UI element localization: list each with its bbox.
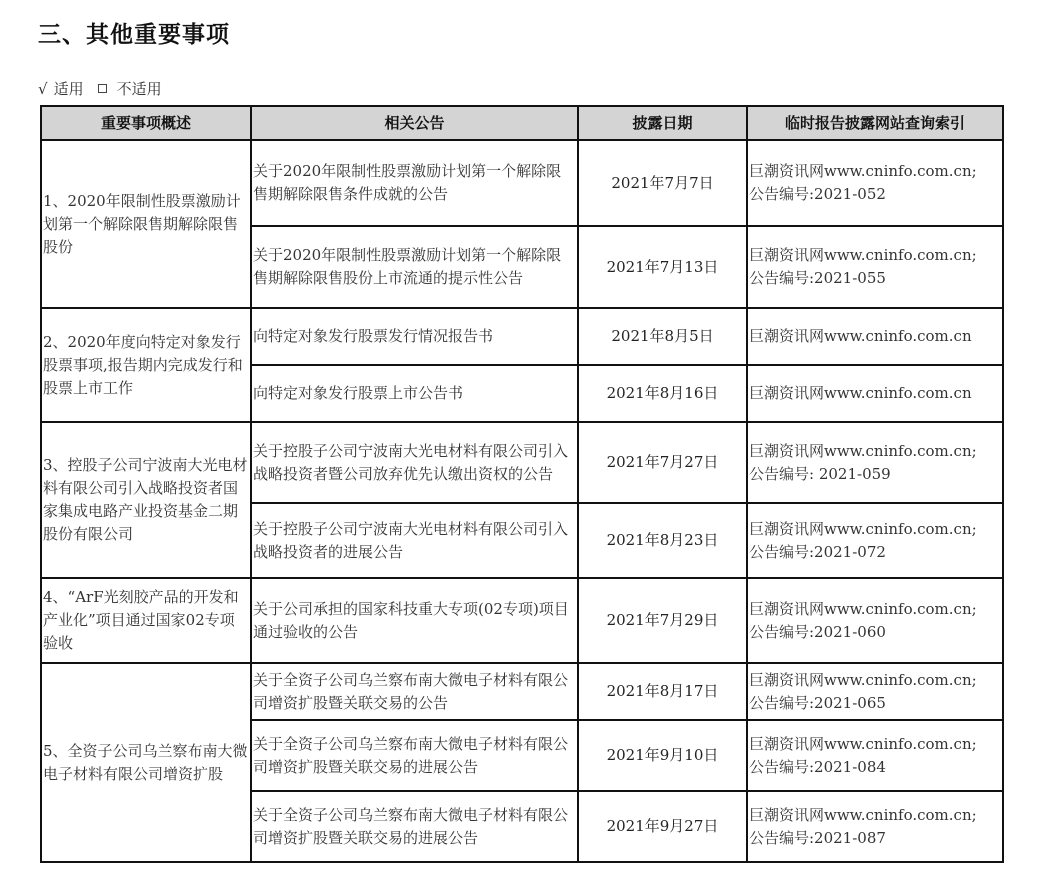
notice-title: 关于全资子公司乌兰察布南大微电子材料有限公司增资扩股暨关联交易的进展公告 [251, 720, 578, 791]
table-header-row: 重要事项概述 相关公告 披露日期 临时报告披露网站查询索引 [41, 106, 1003, 140]
matter-summary: 4、“ArF光刻胶产品的开发和产业化”项目通过国家02专项验收 [41, 578, 251, 663]
index-website: 巨潮资讯网www.cninfo.com.cn; [749, 244, 1001, 267]
checkmark-icon: √ [38, 80, 48, 98]
query-index: 巨潮资讯网www.cninfo.com.cn; 公告编号:2021-087 [747, 791, 1003, 862]
table-row: 1、2020年限制性股票激励计划第一个解除限售期解除限售股份 关于2020年限制… [41, 140, 1003, 226]
index-website: 巨潮资讯网www.cninfo.com.cn; [749, 598, 1001, 621]
notice-title: 关于公司承担的国家科技重大专项(02专项)项目通过验收的公告 [251, 578, 578, 663]
query-index: 巨潮资讯网www.cninfo.com.cn; 公告编号:2021-060 [747, 578, 1003, 663]
unchecked-box-icon [98, 84, 107, 93]
header-date: 披露日期 [578, 106, 747, 140]
table-row: 3、控股子公司宁波南大光电材料有限公司引入战略投资者国家集成电路产业投资基金二期… [41, 422, 1003, 503]
index-website: 巨潮资讯网www.cninfo.com.cn [749, 325, 1001, 348]
index-website: 巨潮资讯网www.cninfo.com.cn; [749, 733, 1001, 756]
table-row: 4、“ArF光刻胶产品的开发和产业化”项目通过国家02专项验收 关于公司承担的国… [41, 578, 1003, 663]
section-title: 三、其他重要事项 [38, 16, 230, 49]
query-index: 巨潮资讯网www.cninfo.com.cn; 公告编号:2021-065 [747, 663, 1003, 720]
matter-summary: 1、2020年限制性股票激励计划第一个解除限售期解除限售股份 [41, 140, 251, 308]
notice-title: 向特定对象发行股票上市公告书 [251, 365, 578, 422]
index-website: 巨潮资讯网www.cninfo.com.cn; [749, 669, 1001, 692]
disclosure-date: 2021年7月7日 [578, 140, 747, 226]
disclosure-date: 2021年7月13日 [578, 226, 747, 308]
header-summary: 重要事项概述 [41, 106, 251, 140]
notice-title: 向特定对象发行股票发行情况报告书 [251, 308, 578, 365]
disclosure-date: 2021年8月5日 [578, 308, 747, 365]
matter-summary: 3、控股子公司宁波南大光电材料有限公司引入战略投资者国家集成电路产业投资基金二期… [41, 422, 251, 578]
table-row: 5、全资子公司乌兰察布南大微电子材料有限公司增资扩股 关于全资子公司乌兰察布南大… [41, 663, 1003, 720]
query-index: 巨潮资讯网www.cninfo.com.cn [747, 365, 1003, 422]
header-notice: 相关公告 [251, 106, 578, 140]
index-notice-number: 公告编号: 2021-059 [749, 463, 1001, 486]
header-index: 临时报告披露网站查询索引 [747, 106, 1003, 140]
index-notice-number: 公告编号:2021-087 [749, 827, 1001, 850]
index-website: 巨潮资讯网www.cninfo.com.cn; [749, 804, 1001, 827]
index-notice-number: 公告编号:2021-052 [749, 183, 1001, 206]
notice-title: 关于全资子公司乌兰察布南大微电子材料有限公司增资扩股暨关联交易的公告 [251, 663, 578, 720]
disclosure-date: 2021年7月29日 [578, 578, 747, 663]
index-notice-number: 公告编号:2021-072 [749, 541, 1001, 564]
disclosure-date: 2021年9月10日 [578, 720, 747, 791]
index-website: 巨潮资讯网www.cninfo.com.cn; [749, 440, 1001, 463]
disclosure-date: 2021年8月16日 [578, 365, 747, 422]
index-website: 巨潮资讯网www.cninfo.com.cn; [749, 518, 1001, 541]
index-notice-number: 公告编号:2021-084 [749, 756, 1001, 779]
index-notice-number: 公告编号:2021-065 [749, 692, 1001, 715]
index-notice-number: 公告编号:2021-055 [749, 267, 1001, 290]
disclosure-date: 2021年9月27日 [578, 791, 747, 862]
notice-title: 关于控股子公司宁波南大光电材料有限公司引入战略投资者的进展公告 [251, 503, 578, 578]
disclosure-date: 2021年8月23日 [578, 503, 747, 578]
notice-title: 关于控股子公司宁波南大光电材料有限公司引入战略投资者暨公司放弃优先认缴出资权的公… [251, 422, 578, 503]
notice-title: 关于全资子公司乌兰察布南大微电子材料有限公司增资扩股暨关联交易的进展公告 [251, 791, 578, 862]
matter-summary: 5、全资子公司乌兰察布南大微电子材料有限公司增资扩股 [41, 663, 251, 862]
query-index: 巨潮资讯网www.cninfo.com.cn; 公告编号: 2021-059 [747, 422, 1003, 503]
disclosure-date: 2021年8月17日 [578, 663, 747, 720]
query-index: 巨潮资讯网www.cninfo.com.cn; 公告编号:2021-055 [747, 226, 1003, 308]
index-website: 巨潮资讯网www.cninfo.com.cn [749, 382, 1001, 405]
query-index: 巨潮资讯网www.cninfo.com.cn; 公告编号:2021-072 [747, 503, 1003, 578]
notice-title: 关于2020年限制性股票激励计划第一个解除限售期解除限售股份上市流通的提示性公告 [251, 226, 578, 308]
query-index: 巨潮资讯网www.cninfo.com.cn; 公告编号:2021-084 [747, 720, 1003, 791]
index-notice-number: 公告编号:2021-060 [749, 621, 1001, 644]
matter-summary: 2、2020年度向特定对象发行股票事项,报告期内完成发行和股票上市工作 [41, 308, 251, 422]
applicable-label: 适用 [54, 78, 84, 99]
index-website: 巨潮资讯网www.cninfo.com.cn; [749, 160, 1001, 183]
not-applicable-label: 不适用 [117, 78, 162, 99]
query-index: 巨潮资讯网www.cninfo.com.cn [747, 308, 1003, 365]
important-matters-table: 重要事项概述 相关公告 披露日期 临时报告披露网站查询索引 1、2020年限制性… [40, 105, 1004, 863]
applicability-selector: √ 适用 不适用 [38, 78, 162, 99]
table-row: 2、2020年度向特定对象发行股票事项,报告期内完成发行和股票上市工作 向特定对… [41, 308, 1003, 365]
query-index: 巨潮资讯网www.cninfo.com.cn; 公告编号:2021-052 [747, 140, 1003, 226]
disclosure-date: 2021年7月27日 [578, 422, 747, 503]
notice-title: 关于2020年限制性股票激励计划第一个解除限售期解除限售条件成就的公告 [251, 140, 578, 226]
